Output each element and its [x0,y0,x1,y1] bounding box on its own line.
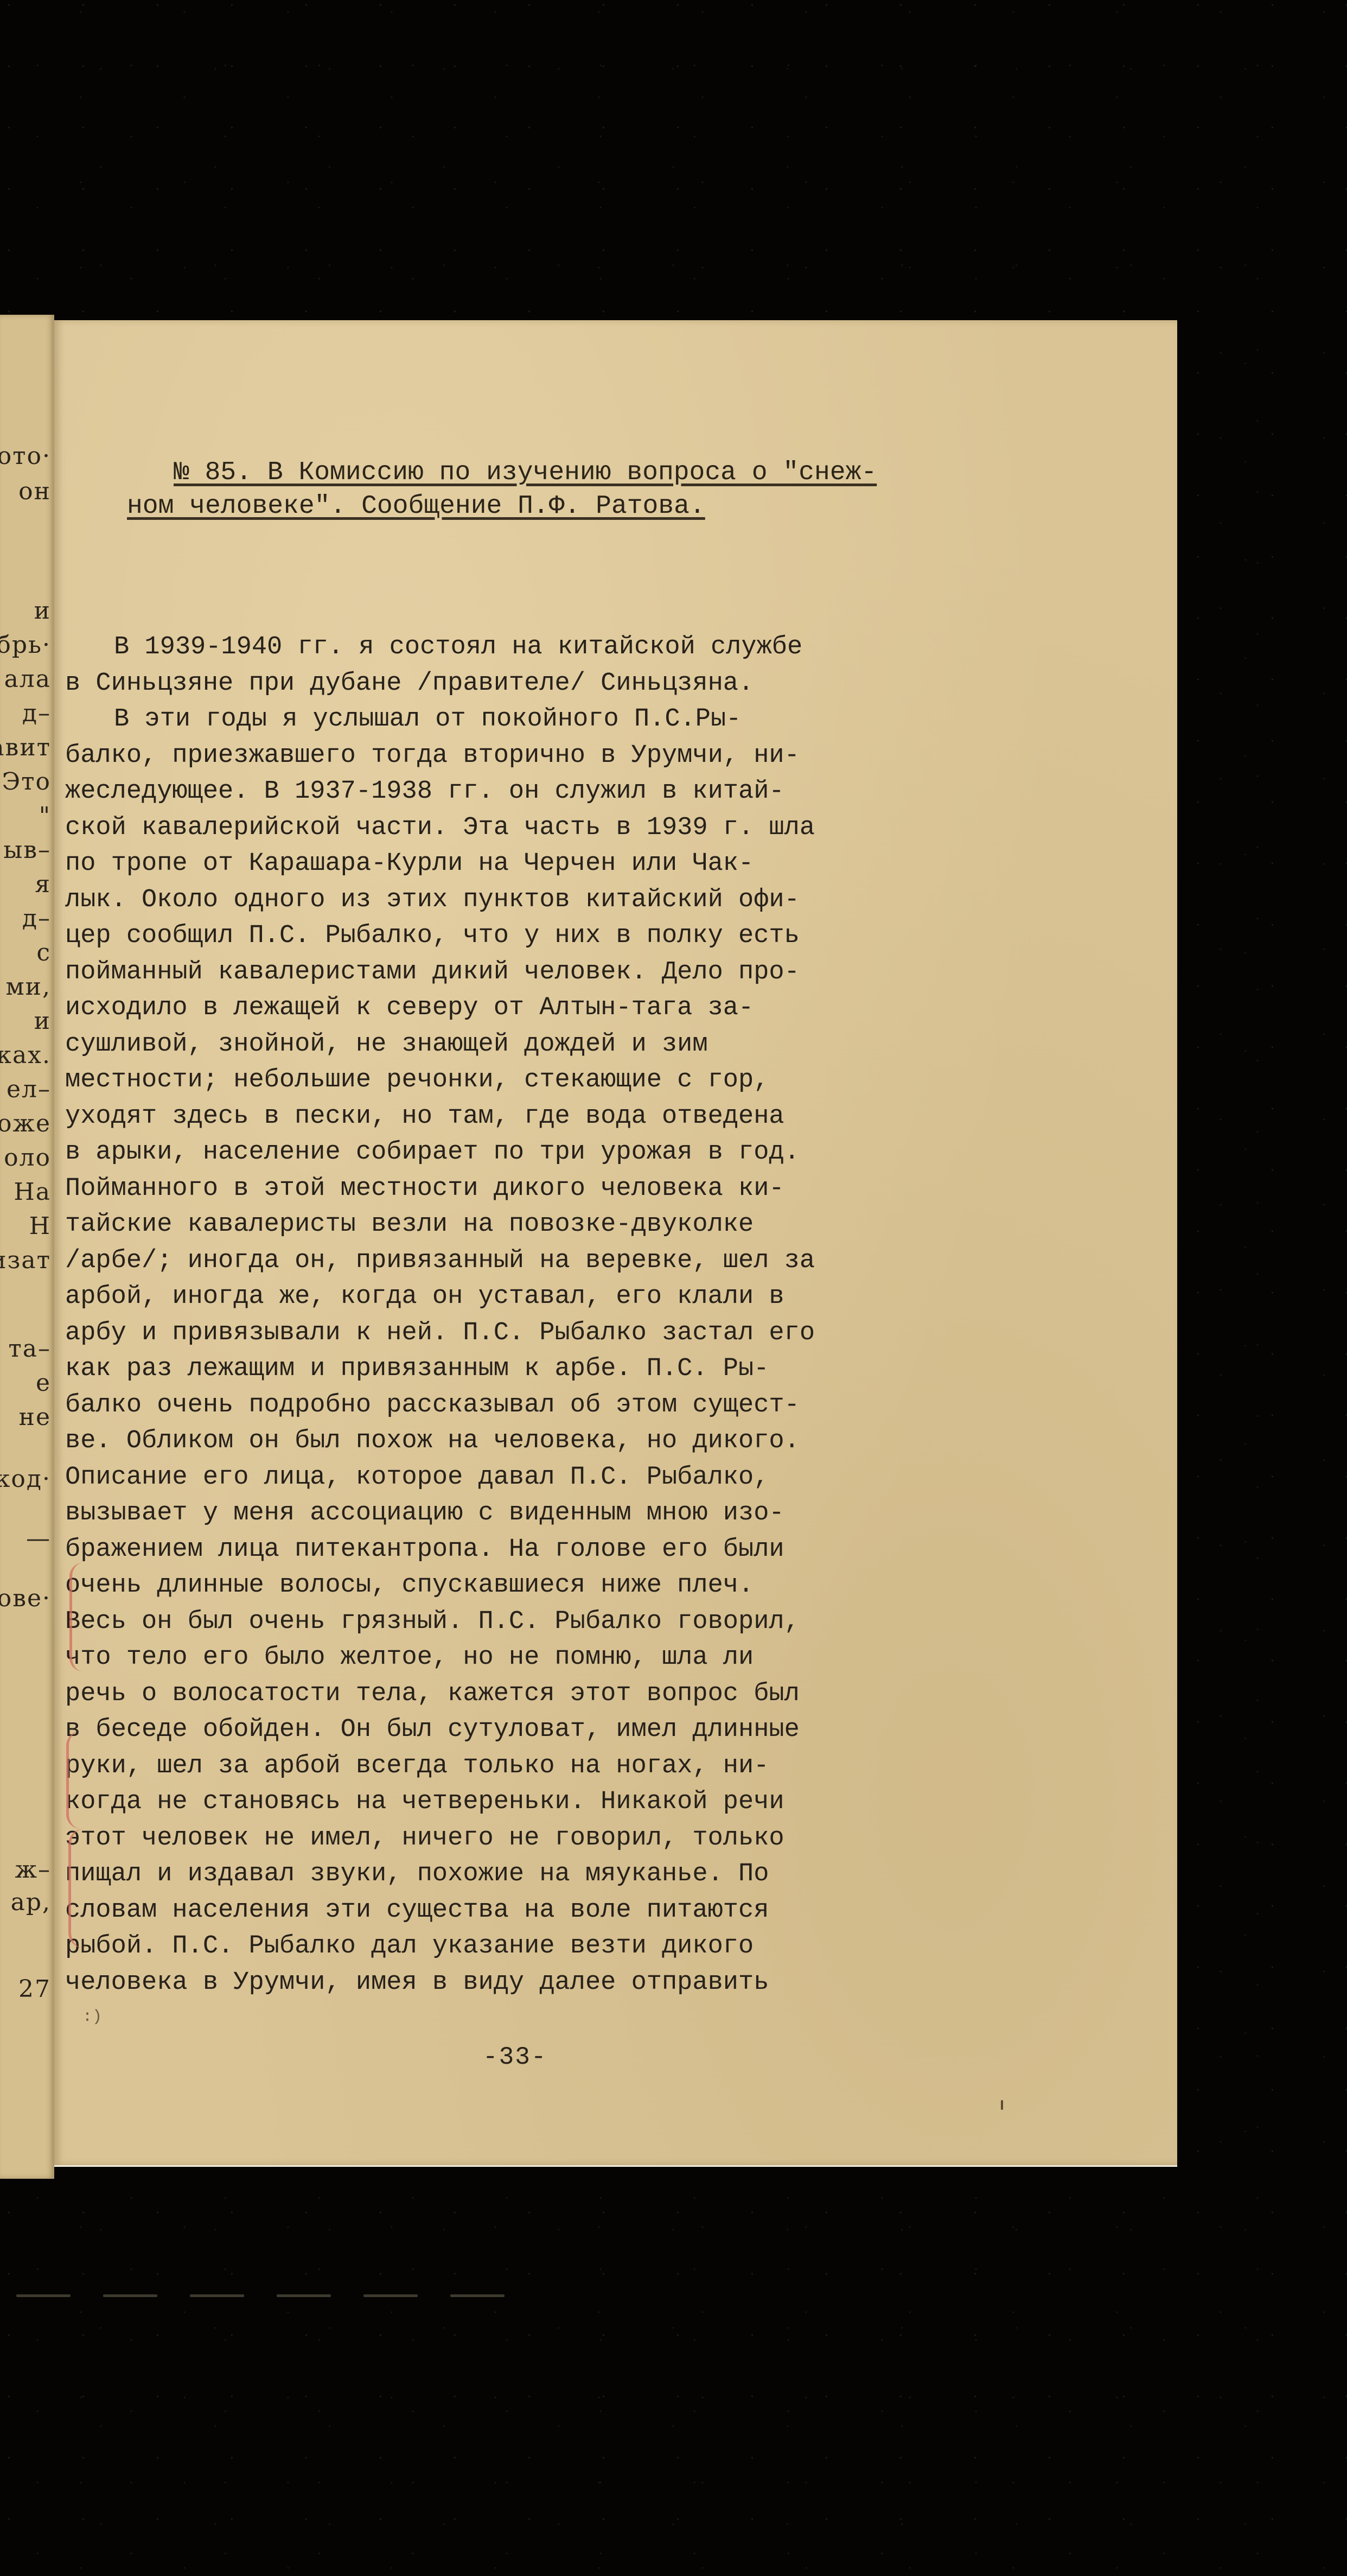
body-line: словам населения эти существа на воле пи… [65,1893,998,1929]
margin-mark: :) [82,2008,102,2026]
left-page-text-fragment: оже [0,1110,51,1137]
pencil-bracket-mark [68,1829,84,1948]
body-line: В 1939-1940 гг. я состоял на китайской с… [65,629,998,666]
body-line: исходило в лежащей к северу от Алтын-таг… [65,990,998,1027]
left-page-text-fragment: авит [0,734,51,761]
body-line: в беседе обойден. Он был сутуловат, имел… [65,1712,998,1748]
document-body: В 1939-1940 гг. я состоял на китайской с… [65,629,998,2001]
left-page-text-fragment: е [36,1369,51,1397]
body-line: цер сообщил П.С. Рыбалко, что у них в по… [65,918,998,955]
body-line: пойманный кавалеристами дикий человек. Д… [65,955,998,991]
body-line: балко, приезжавшего тогда вторично в Уру… [65,738,998,774]
left-page-text-fragment: " [39,802,51,830]
body-line: балко очень подробно рассказывал об этом… [65,1388,998,1424]
left-page-text-fragment: ар, [11,1888,51,1916]
left-page-text-fragment: ала [4,665,51,693]
document-heading: № 85. В Комиссию по изучению вопроса о "… [114,456,1036,523]
body-line: арбой, иногда же, когда он уставал, его … [65,1279,998,1315]
body-line: Описание его лица, которое давал П.С. Ры… [65,1460,998,1496]
body-line: Пойманного в этой местности дикого челов… [65,1171,998,1207]
left-page-text-fragment: код· [0,1465,51,1493]
left-page-text-fragment: Это [2,768,52,796]
left-page-text-fragment: д– [22,905,51,932]
body-line: что тело его было желтое, но не помню, ш… [65,1640,998,1676]
left-page-text-fragment: не [19,1403,51,1431]
body-line: руки, шел за арбой всегда только на нога… [65,1748,998,1785]
body-line: уходят здесь в пески, но там, где вода о… [65,1099,998,1135]
page-number: -33- [483,2043,547,2071]
body-line: ской кавалерийской части. Эта часть в 19… [65,810,998,847]
scanner-artifacts [16,2294,505,2297]
left-page-text-fragment: Н [29,1212,51,1240]
body-line: жеследующее. В 1937-1938 гг. он служил в… [65,774,998,810]
left-page-fragment: ото·онибрь·алад–авитЭто"ыв–яд–сми,иках.е… [0,315,54,2179]
document-page: № 85. В Комиссию по изучению вопроса о "… [54,320,1177,2167]
body-line: В эти годы я услышал от покойного П.С.Ры… [65,702,998,738]
left-page-text-fragment: он [18,478,51,505]
left-page-text-fragment: ми, [5,973,51,1001]
left-page-text-fragment: ж– [15,1856,51,1884]
body-line: бражением лица питекантропа. На голове е… [65,1532,998,1568]
left-page-text-fragment: я [35,870,51,898]
left-page-text-fragment: ках. [0,1041,51,1069]
left-page-text-fragment: и [34,597,51,625]
left-page-text-fragment: ото· [0,442,51,470]
left-page-text-fragment: — [26,1525,51,1553]
left-page-text-fragment: ел– [7,1076,51,1103]
left-page-text-fragment: На [14,1178,51,1206]
left-page-text-fragment: д– [22,699,51,727]
left-page-text-fragment: изат [0,1246,51,1274]
left-page-text-fragment: 27 [18,1975,51,2003]
left-page-text-fragment: брь· [0,631,51,659]
body-line: ве. Обликом он был похож на человека, но… [65,1423,998,1460]
body-line: Весь он был очень грязный. П.С. Рыбалко … [65,1604,998,1640]
pencil-bracket-mark [66,1731,81,1829]
left-page-text-fragment: и [34,1007,51,1035]
body-line: человека в Урумчи, имея в виду далее отп… [65,1965,998,2001]
body-line: пищал и издавал звуки, похожие на мяукан… [65,1856,998,1893]
body-line: рыбой. П.С. Рыбалко дал указание везти д… [65,1929,998,1965]
body-line: этот человек не имел, ничего не говорил,… [65,1821,998,1857]
body-line: местности; небольшие речонки, стекающие … [65,1063,998,1099]
body-line: очень длинные волосы, спускавшиеся ниже … [65,1568,998,1604]
body-line: тайские кавалеристы везли на повозке-дву… [65,1207,998,1243]
left-page-text-fragment: ове· [0,1585,51,1612]
body-line: сушливой, знойной, не знающей дождей и з… [65,1027,998,1063]
paper-fleck [1001,2100,1003,2110]
left-page-text-fragment: та– [8,1335,51,1363]
body-line: в Синьцзяне при дубане /правителе/ Синьц… [65,666,998,702]
body-line: вызывает у меня ассоциацию с виденным мн… [65,1496,998,1532]
body-line: /арбе/; иногда он, привязанный на веревк… [65,1243,998,1280]
body-line: по тропе от Карашара-Курли на Черчен или… [65,846,998,882]
heading-line-2: ном человеке". Сообщение П.Ф. Ратова. [114,489,1036,523]
body-line: когда не становясь на четвереньки. Никак… [65,1784,998,1821]
body-line: лык. Около одного из этих пунктов китайс… [65,882,998,919]
left-page-text-fragment: ыв– [3,836,51,864]
body-line: речь о волосатости тела, кажется этот во… [65,1676,998,1713]
body-line: в арыки, население собирает по три урожа… [65,1135,998,1171]
pencil-bracket-mark [69,1563,83,1671]
body-line: арбу и привязывали к ней. П.С. Рыбалко з… [65,1315,998,1352]
left-page-text-fragment: оло [4,1144,51,1172]
body-line: как раз лежащим и привязанным к арбе. П.… [65,1351,998,1388]
left-page-text-fragment: с [36,939,51,966]
heading-line-1: № 85. В Комиссию по изучению вопроса о "… [114,456,1036,489]
